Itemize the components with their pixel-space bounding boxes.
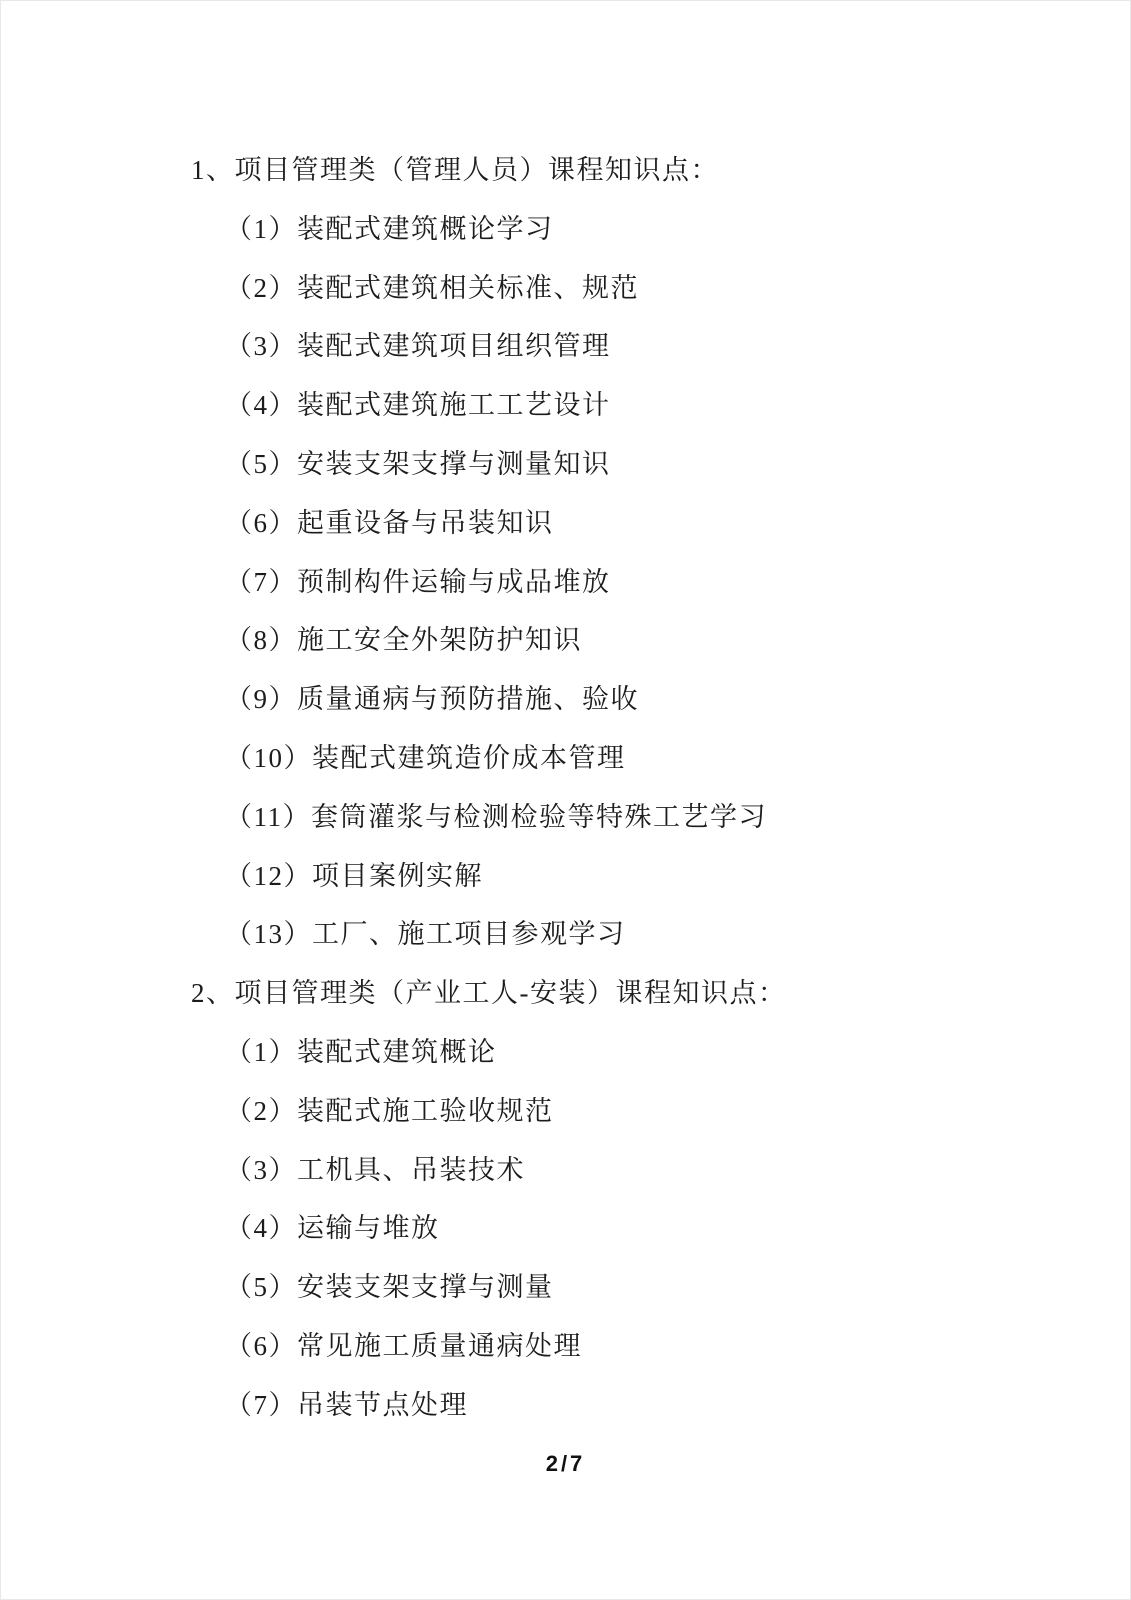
list-item: （3）装配式建筑项目组织管理 xyxy=(225,317,1130,376)
list-item: （13）工厂、施工项目参观学习 xyxy=(225,905,1130,964)
list-item: （9）质量通病与预防措施、验收 xyxy=(225,670,1130,729)
list-item: （5）安装支架支撑与测量 xyxy=(225,1258,1130,1317)
list-item: （12）项目案例实解 xyxy=(225,847,1130,906)
list-item: （10）装配式建筑造价成本管理 xyxy=(225,729,1130,788)
list-item: （7）预制构件运输与成品堆放 xyxy=(225,553,1130,612)
list-item: （4）装配式建筑施工工艺设计 xyxy=(225,376,1130,435)
list-item: （2）装配式施工验收规范 xyxy=(225,1082,1130,1141)
list-item: （6）起重设备与吊装知识 xyxy=(225,494,1130,553)
list-item: （11）套筒灌浆与检测检验等特殊工艺学习 xyxy=(225,788,1130,847)
list-item: （3）工机具、吊装技术 xyxy=(225,1141,1130,1200)
document-body: 1、项目管理类（管理人员）课程知识点： （1）装配式建筑概论学习 （2）装配式建… xyxy=(1,141,1130,1435)
list-item: （1）装配式建筑概论 xyxy=(225,1023,1130,1082)
list-item: （8）施工安全外架防护知识 xyxy=(225,611,1130,670)
page-footer: 2/7 xyxy=(1,1451,1130,1477)
list-item: （5）安装支架支撑与测量知识 xyxy=(225,435,1130,494)
page-number: 2/7 xyxy=(546,1451,586,1477)
list-item: （4）运输与堆放 xyxy=(225,1199,1130,1258)
document-page: 1、项目管理类（管理人员）课程知识点： （1）装配式建筑概论学习 （2）装配式建… xyxy=(0,0,1131,1600)
list-item: （6）常见施工质量通病处理 xyxy=(225,1317,1130,1376)
list-item: （7）吊装节点处理 xyxy=(225,1376,1130,1435)
section-2-heading: 2、项目管理类（产业工人-安装）课程知识点： xyxy=(191,964,1130,1023)
list-item: （1）装配式建筑概论学习 xyxy=(225,200,1130,259)
list-item: （2）装配式建筑相关标准、规范 xyxy=(225,259,1130,318)
section-1-heading: 1、项目管理类（管理人员）课程知识点： xyxy=(191,141,1130,200)
